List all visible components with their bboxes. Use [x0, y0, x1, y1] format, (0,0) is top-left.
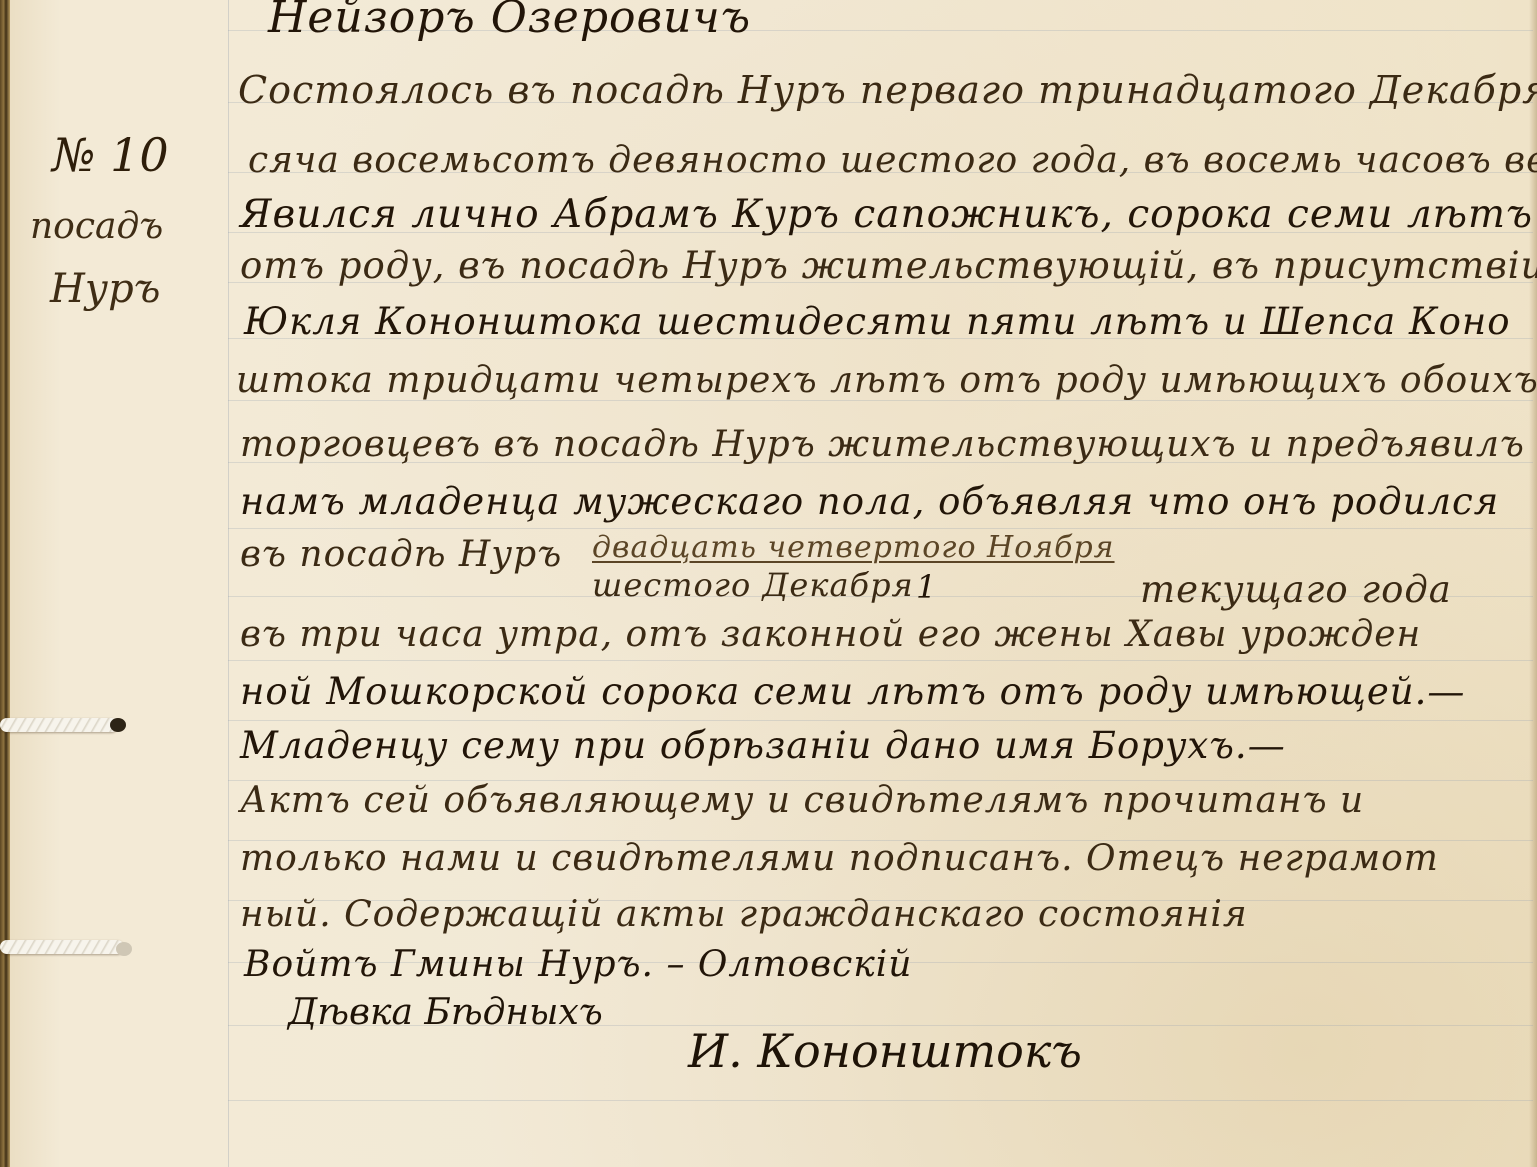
body-line-7: торговцевъ въ посадѣ Нуръ жительствующих…: [240, 424, 1525, 465]
body-line-1: Состоялось въ посадѣ Нуръ перваго тринад…: [238, 68, 1537, 112]
correction-mark: 1: [916, 568, 937, 606]
ruling-line: [228, 720, 1533, 721]
body-line-4: отъ роду, въ посадѣ Нуръ жительствующій,…: [240, 244, 1537, 287]
document-page: Нейзоръ Озеровичъ № 10 посадъ Нуръ Состо…: [0, 0, 1537, 1167]
margin-place-line1: посадъ: [30, 206, 163, 247]
body-line-16: ный. Содержащій акты гражданскаго состоя…: [240, 894, 1248, 935]
margin-place-line2: Нуръ: [50, 266, 160, 312]
margin-rule: [228, 0, 229, 1167]
body-line-3: Явился лично Абрамъ Куръ сапожникъ, соро…: [240, 192, 1533, 237]
body-line-15: только нами и свидѣтелями подписанъ. Оте…: [240, 838, 1439, 879]
binding-cord: [0, 940, 124, 954]
body-line-11: въ три часа утра, отъ законной его жены …: [240, 614, 1421, 655]
ruling-line: [228, 528, 1533, 529]
binding-cord: [0, 718, 118, 732]
body-line-12: ной Мошкорской сорока семи лѣтъ отъ роду…: [240, 670, 1465, 713]
body-line-10: текущаго года: [1140, 568, 1452, 611]
body-line-2: сяча восемьсотъ девяносто шестого года, …: [248, 140, 1537, 181]
body-line-13: Младенцу сему при обрѣзаніи дано имя Бор…: [240, 724, 1286, 767]
corrected-date: шестого Декабря: [592, 566, 914, 604]
struck-date: двадцать четвертого Ноября: [592, 530, 1115, 565]
body-line-6: штока тридцати четырехъ лѣтъ отъ роду им…: [236, 360, 1537, 401]
entry-number: № 10: [52, 128, 169, 182]
signature-right: И. Кононштокъ: [688, 1024, 1082, 1078]
body-line-14: Актъ сей объявляющему и свидѣтелямъ проч…: [240, 780, 1364, 821]
body-line-5: Юкля Кононштока шестидесяти пяти лѣтъ и …: [244, 300, 1511, 343]
body-line-17: Войтъ Гмины Нуръ. – Олтовскій: [244, 944, 912, 985]
book-spine: [0, 0, 10, 1167]
entry-header-name: Нейзоръ Озеровичъ: [268, 0, 751, 43]
signature-left: Дѣвка Бѣдныхъ: [288, 992, 603, 1033]
body-line-9: въ посадѣ Нуръ: [240, 534, 562, 575]
ruling-line: [228, 660, 1533, 661]
body-line-8: намъ младенца мужескаго пола, объявляя ч…: [240, 480, 1499, 523]
binding-hole: [110, 718, 126, 732]
ruling-line: [228, 1100, 1533, 1101]
binding-hole: [116, 942, 132, 956]
